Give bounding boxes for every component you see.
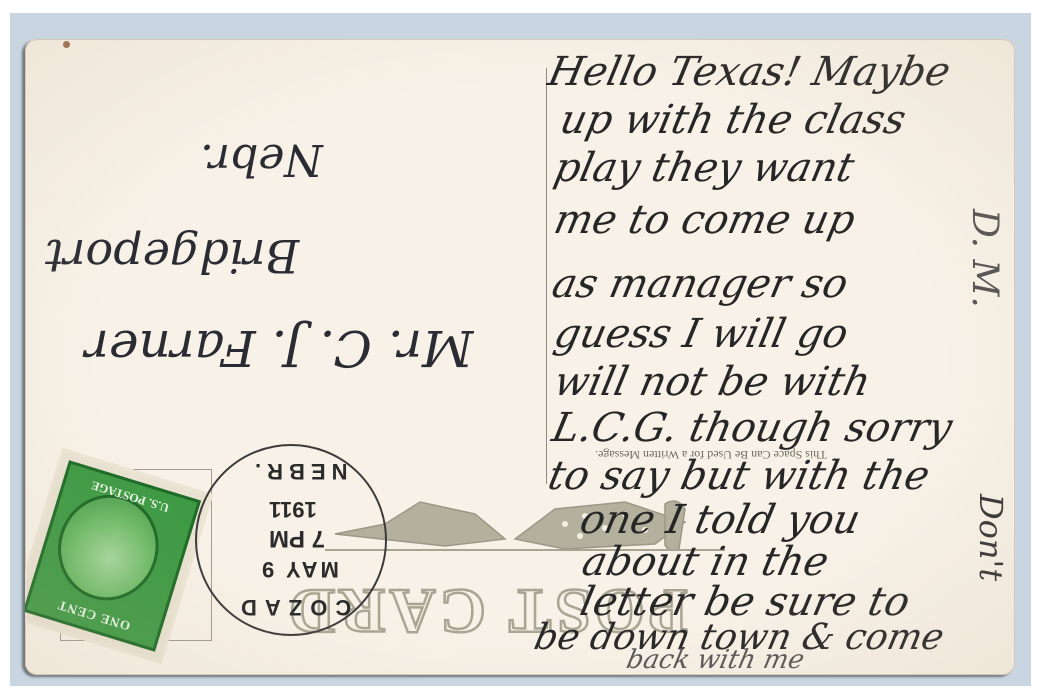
message-line: to say but with the — [544, 453, 934, 499]
message-line: as manager so — [548, 261, 852, 307]
stamp-top-label: ONE CENT — [38, 591, 150, 639]
postcard: POST CARD This Space Can Be Used for a W… — [25, 39, 1015, 675]
message-line: letter be sure to — [576, 579, 914, 625]
postmark-time: 7 PM — [269, 524, 325, 552]
divider-line — [546, 68, 547, 484]
postmark-state: NEBR. — [249, 458, 347, 484]
margin-note: D. M. — [964, 209, 1005, 308]
stamp-bottom-label: U.S. POSTAGE — [75, 473, 186, 520]
address-city: Bridgeport — [45, 229, 299, 283]
flag-eagle-ornament — [325, 494, 725, 554]
postmark-town: COZAD — [233, 594, 351, 620]
postmark-date: MAY 9 — [259, 556, 339, 582]
message-line: up with the class — [556, 97, 910, 143]
address-name: Mr. C. J. Farner — [85, 319, 473, 377]
postmark: NEBR. 1911 7 PM MAY 9 COZAD — [195, 444, 387, 636]
postmark-year: 1911 — [269, 496, 317, 522]
message-line: Hello Texas! Maybe — [544, 49, 954, 95]
address-state: Nebr. — [200, 134, 323, 185]
message-line: back with me — [624, 645, 807, 675]
message-line: will not be with — [550, 359, 875, 405]
message-line: be down town & come — [531, 617, 948, 658]
message-line: me to come up — [550, 197, 859, 243]
message-space-note: This Space Can Be Used for a Written Mes… — [595, 447, 827, 462]
message-line: L.C.G. though sorry — [548, 405, 956, 451]
stamp-portrait — [45, 482, 172, 613]
rust-spot — [63, 41, 70, 48]
stamp-box-outline — [60, 469, 212, 641]
margin-note: Don't — [972, 494, 1010, 581]
message-line: play they want — [550, 145, 858, 191]
message-line: one I told you — [576, 497, 864, 543]
post-card-logo: POST CARD — [285, 574, 688, 648]
message-line: about in the — [578, 539, 833, 585]
postage-stamp: ONE CENT U.S. POSTAGE — [25, 453, 209, 659]
message-line: guess I will go — [550, 311, 852, 357]
